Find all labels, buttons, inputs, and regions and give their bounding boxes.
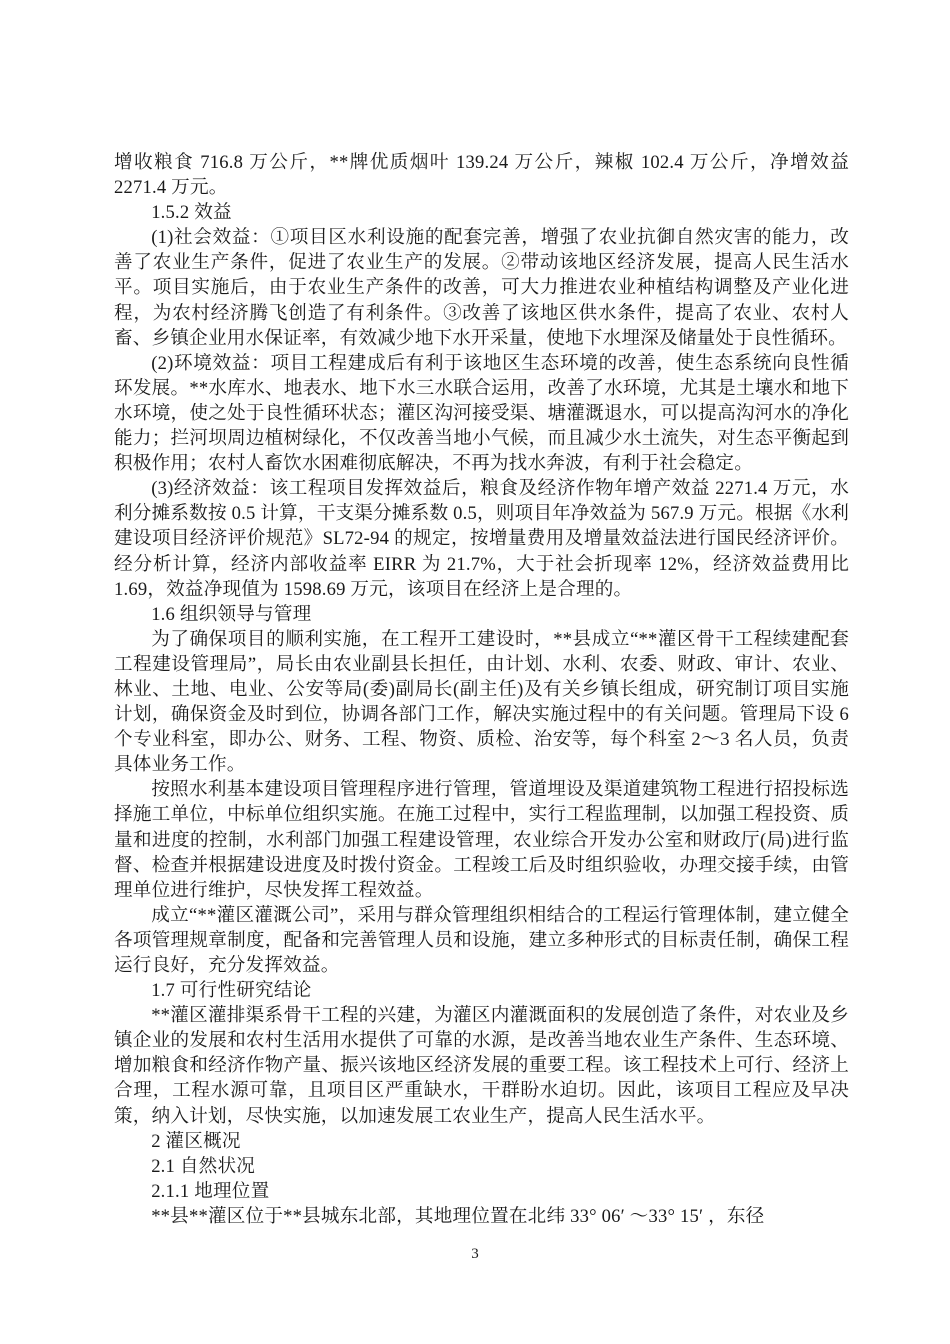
heading-2-1: 2.1 自然状况	[114, 1154, 849, 1179]
document-page: 增收粮食 716.8 万公斤，**牌优质烟叶 139.24 万公斤，辣椒 102…	[0, 0, 950, 1344]
document-body: 增收粮食 716.8 万公斤，**牌优质烟叶 139.24 万公斤，辣椒 102…	[114, 150, 849, 1229]
heading-1-6: 1.6 组织领导与管理	[114, 602, 849, 627]
paragraph-geographic-location: **县**灌区位于**县城东北部，其地理位置在北纬 33° 06′ ～33° 1…	[114, 1204, 849, 1229]
paragraph-irrigation-company: 成立“**灌区灌溉公司”，采用与群众管理组织相结合的工程运行管理体制，建立健全各…	[114, 903, 849, 978]
paragraph-feasibility-conclusion: **灌区灌排渠系骨干工程的兴建，为灌区内灌溉面积的发展创造了条件，对农业及乡镇企…	[114, 1003, 849, 1128]
paragraph-benefit-summary: 增收粮食 716.8 万公斤，**牌优质烟叶 139.24 万公斤，辣椒 102…	[114, 150, 849, 200]
page-footer: 3	[0, 1246, 950, 1263]
heading-1-7: 1.7 可行性研究结论	[114, 978, 849, 1003]
paragraph-social-benefit: (1)社会效益：①项目区水利设施的配套完善，增强了农业抗御自然灾害的能力，改善了…	[114, 225, 849, 350]
paragraph-management-bureau: 为了确保项目的顺利实施，在工程开工建设时，**县成立“**灌区骨干工程续建配套工…	[114, 627, 849, 778]
paragraph-economic-benefit: (3)经济效益：该工程项目发挥效益后，粮食及经济作物年增产效益 2271.4 万…	[114, 476, 849, 601]
heading-2-1-1: 2.1.1 地理位置	[114, 1179, 849, 1204]
paragraph-construction-management: 按照水利基本建设项目管理程序进行管理，管道埋设及渠道建筑物工程进行招投标选择施工…	[114, 777, 849, 902]
heading-2: 2 灌区概况	[114, 1129, 849, 1154]
paragraph-environment-benefit: (2)环境效益：项目工程建成后有利于该地区生态环境的改善，使生态系统向良性循环发…	[114, 351, 849, 476]
page-number: 3	[471, 1246, 479, 1262]
heading-1-5-2: 1.5.2 效益	[114, 200, 849, 225]
